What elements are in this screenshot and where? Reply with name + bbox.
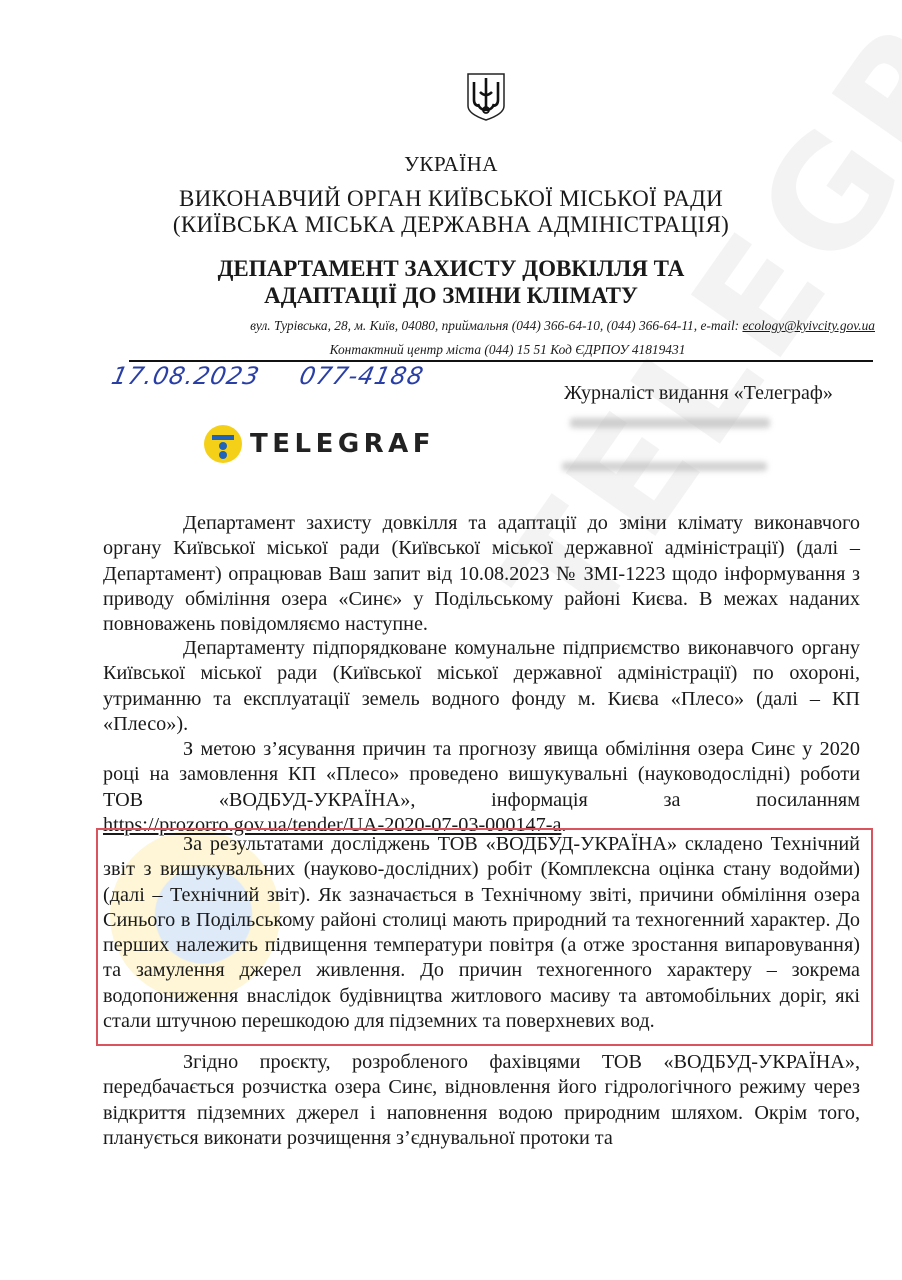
address-text: вул. Турівська, 28, м. Київ, 04080, прий… [250,318,742,333]
paragraph-3: З метою з’ясування причин та прогнозу яв… [103,737,860,838]
coat-of-arms-icon [466,72,506,122]
telegraf-logo-text: TELEGRAF [250,429,435,459]
redacted-recipient-name [570,418,770,428]
address-line: вул. Турівська, 28, м. Київ, 04080, прий… [100,318,875,334]
paragraph-1: Департамент захисту довкілля та адаптаці… [103,511,860,637]
paragraph-2: Департаменту підпорядковане комунальне п… [103,636,860,737]
org-name-line1: ВИКОНАВЧИЙ ОРГАН КИЇВСЬКОЇ МІСЬКОЇ РАДИ [0,186,902,212]
handwritten-date: 17.08.2023 [109,362,262,390]
handwritten-reg-number: 077-4188 [297,362,426,390]
department-name-line1: ДЕПАРТАМЕНТ ЗАХИСТУ ДОВКІЛЛЯ ТА [0,256,902,282]
paragraph-3-text: З метою з’ясування причин та прогнозу яв… [103,738,860,811]
email-link[interactable]: ecology@kyivcity.gov.ua [742,318,875,333]
telegraf-logo: TELEGRAF [204,425,435,463]
org-name-line2: (КИЇВСЬКА МІСЬКА ДЕРЖАВНА АДМІНІСТРАЦІЯ) [0,212,902,238]
highlight-box [96,828,873,1046]
paragraph-5: Згідно проєкту, розробленого фахівцями Т… [103,1050,860,1151]
telegraf-logo-icon [204,425,242,463]
contact-center-line: Контактний центр міста (044) 15 51 Код Є… [100,342,875,358]
redacted-recipient-email [562,462,767,471]
country-name: УКРАЇНА [0,152,902,177]
department-name-line2: АДАПТАЦІЇ ДО ЗМІНИ КЛІМАТУ [0,283,902,309]
recipient-title: Журналіст видання «Телеграф» [564,382,833,405]
